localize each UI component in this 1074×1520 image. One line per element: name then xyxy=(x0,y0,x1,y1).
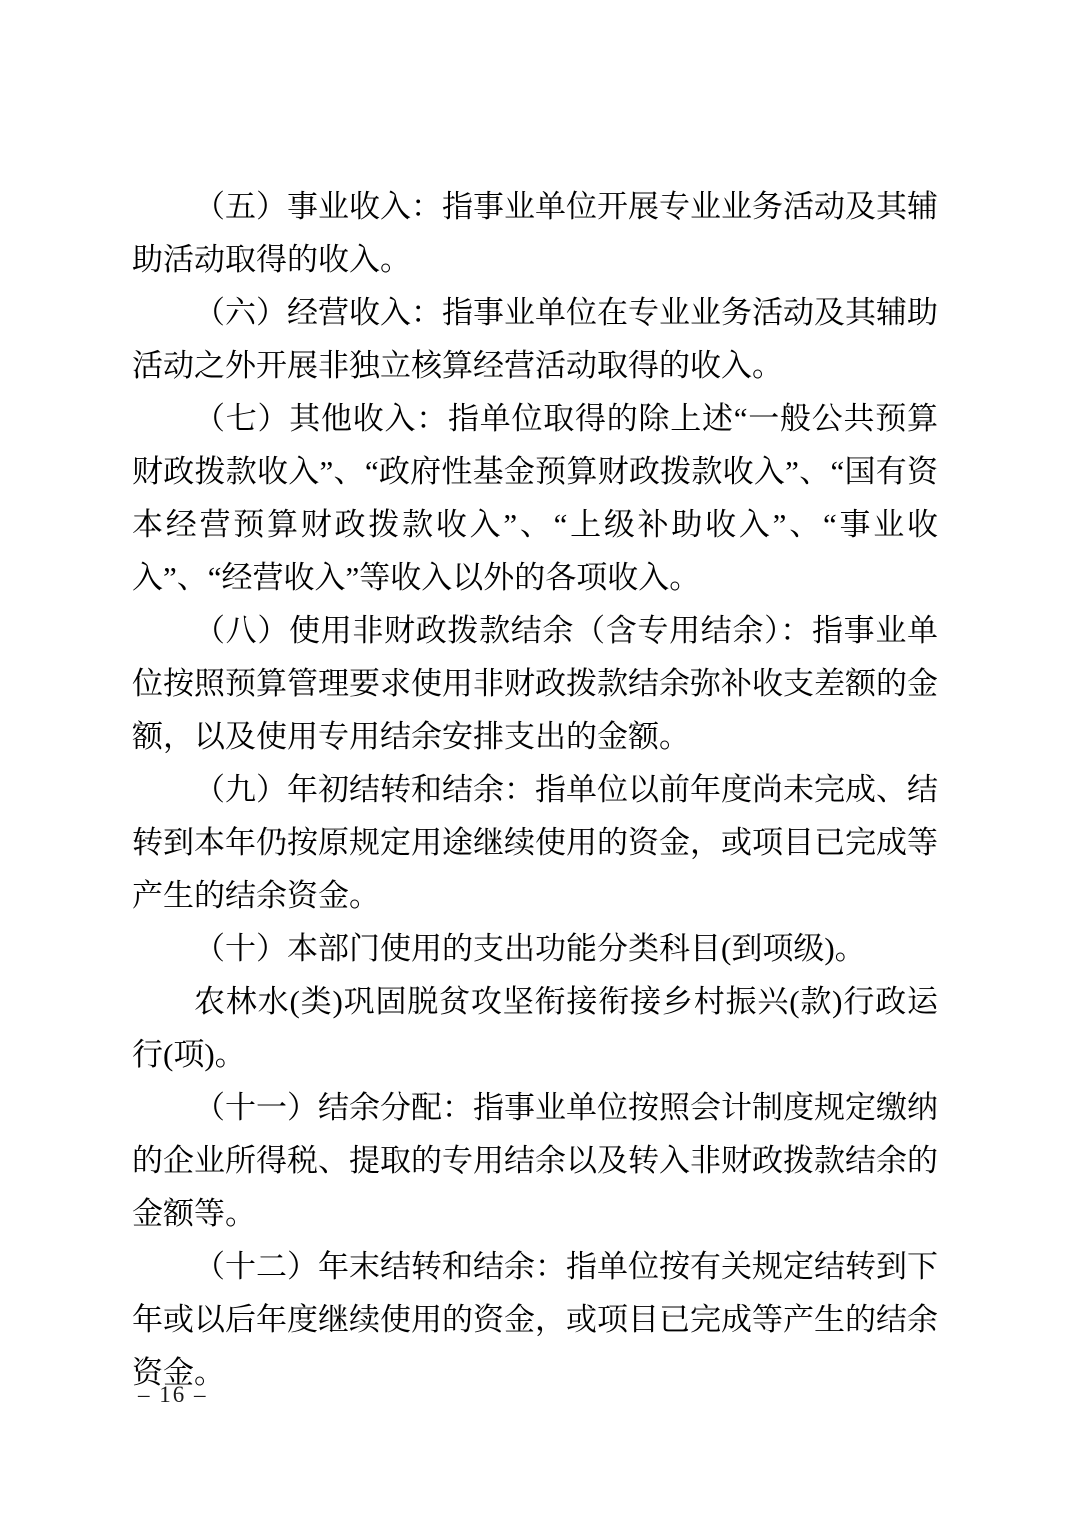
paragraph: （五）事业收入：指事业单位开展专业业务活动及其辅助活动取得的收入。 xyxy=(132,180,938,286)
paragraph: （六）经营收入：指事业单位在专业业务活动及其辅助活动之外开展非独立核算经营活动取… xyxy=(132,286,938,392)
paragraph: （十二）年末结转和结余：指单位按有关规定结转到下年或以后年度继续使用的资金，或项… xyxy=(132,1240,938,1399)
document-page: （五）事业收入：指事业单位开展专业业务活动及其辅助活动取得的收入。（六）经营收入… xyxy=(0,0,1074,1520)
paragraph: （八）使用非财政拨款结余（含专用结余）：指事业单位按照预算管理要求使用非财政拨款… xyxy=(132,604,938,763)
page-number: – 16 – xyxy=(138,1382,208,1407)
document-body: （五）事业收入：指事业单位开展专业业务活动及其辅助活动取得的收入。（六）经营收入… xyxy=(132,180,938,1399)
paragraph: （十一）结余分配：指事业单位按照会计制度规定缴纳的企业所得税、提取的专用结余以及… xyxy=(132,1081,938,1240)
paragraph: （七）其他收入：指单位取得的除上述“一般公共预算财政拨款收入”、“政府性基金预算… xyxy=(132,392,938,604)
paragraph: 农林水(类)巩固脱贫攻坚衔接衔接乡村振兴(款)行政运行(项)。 xyxy=(132,975,938,1081)
paragraph: （九）年初结转和结余：指单位以前年度尚未完成、结转到本年仍按原规定用途继续使用的… xyxy=(132,763,938,922)
paragraph: （十）本部门使用的支出功能分类科目(到项级)。 xyxy=(132,922,938,975)
page-footer: – 16 – xyxy=(138,1380,208,1410)
